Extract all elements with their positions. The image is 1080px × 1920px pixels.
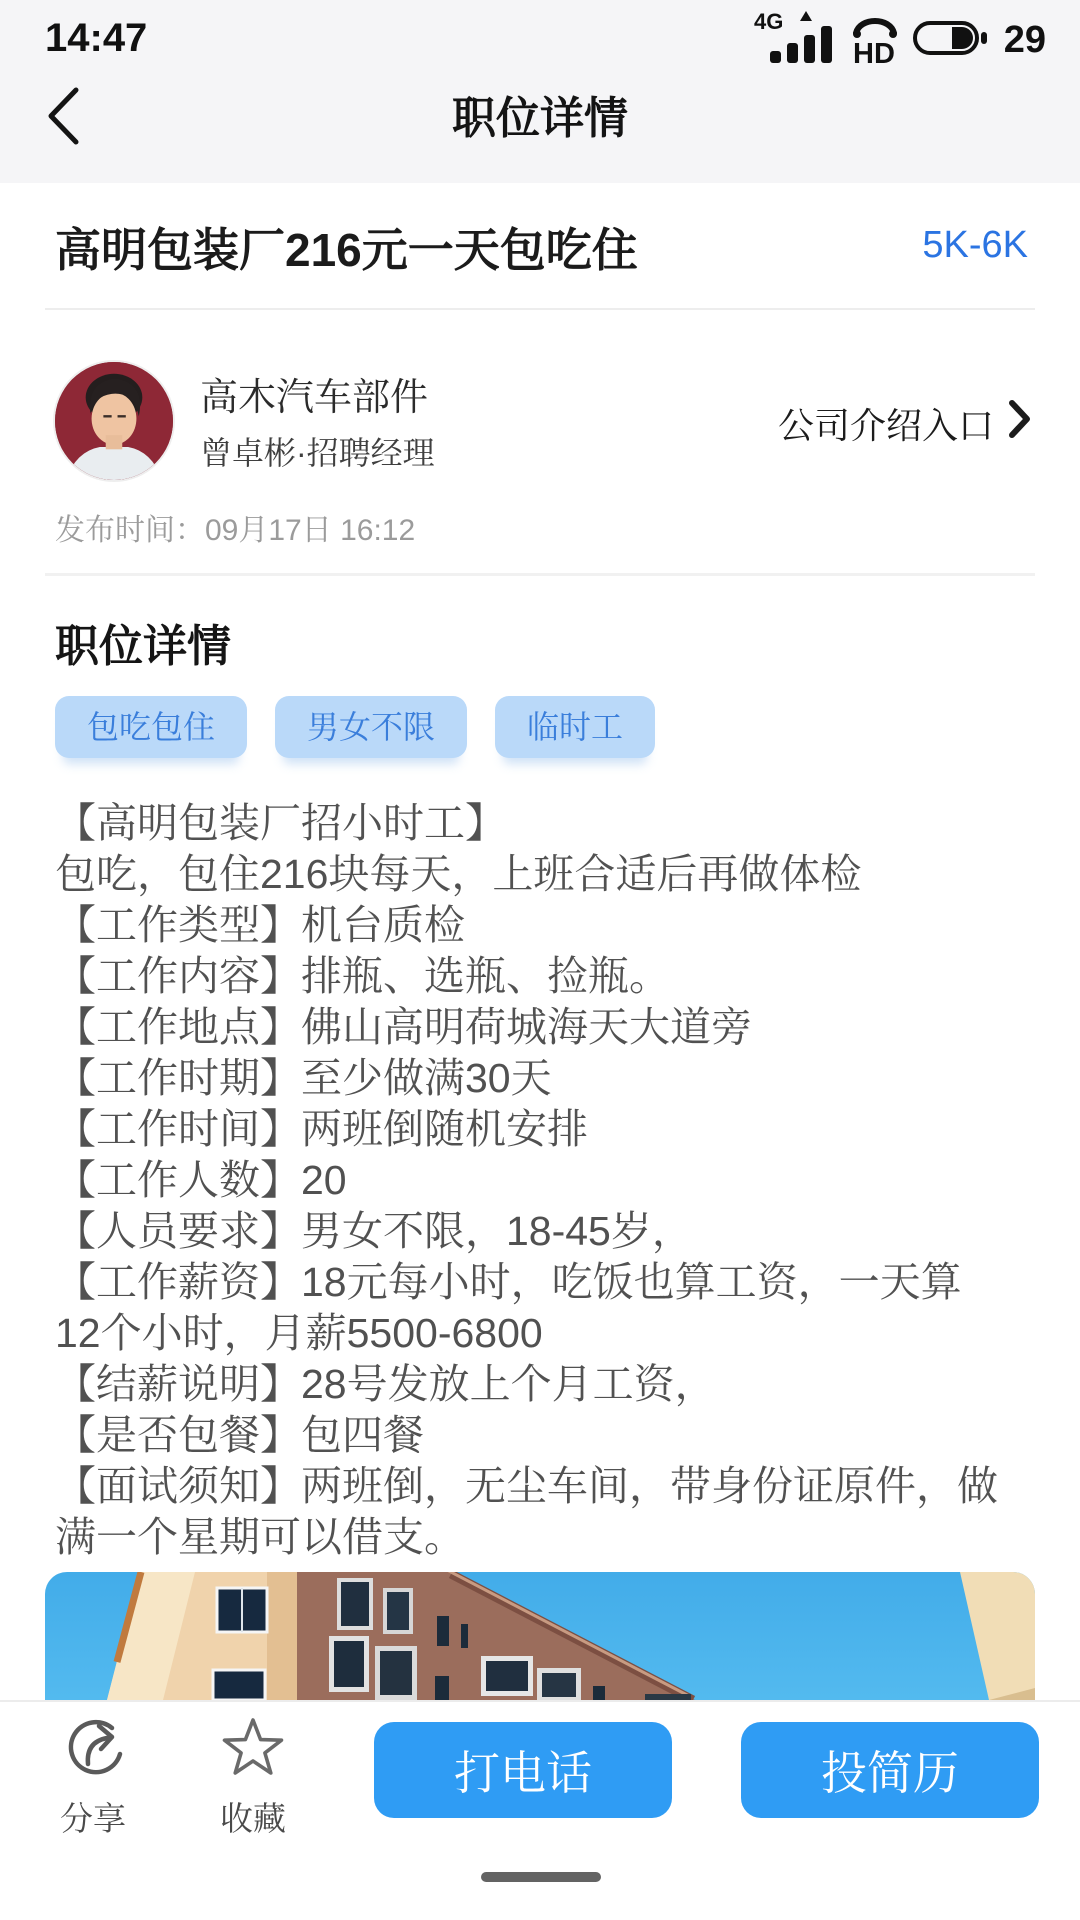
signal-4g-icon: 4G <box>754 9 838 72</box>
company-photo[interactable] <box>45 1572 1035 1700</box>
status-time: 14:47 <box>45 16 147 61</box>
description-line: 【工作类型】机台质检 <box>55 900 1045 951</box>
description-line: 满一个星期可以借支。 <box>55 1512 1045 1563</box>
company-intro-link[interactable]: 公司介绍入口 <box>778 398 1032 449</box>
hd-volte-icon: HD <box>850 9 900 72</box>
job-tag: 男女不限 <box>275 696 467 758</box>
company-intro-label: 公司介绍入口 <box>778 398 994 449</box>
publish-time: 发布时间：09月17日 16:12 <box>55 505 415 549</box>
description-line: 【工作人数】20 <box>55 1155 1045 1206</box>
battery-percent: 29 <box>1004 19 1046 62</box>
salary-range: 5K-6K <box>922 224 1028 267</box>
share-button[interactable]: 分享 <box>38 1716 148 1840</box>
call-button[interactable]: 打电话 <box>374 1722 672 1818</box>
favorite-label: 收藏 <box>220 1793 286 1840</box>
job-description: 【高明包装厂招小时工】包吃，包住216块每天，上班合适后再做体检【工作类型】机台… <box>55 798 1045 1563</box>
battery-icon <box>912 9 990 72</box>
description-line: 包吃，包住216块每天，上班合适后再做体检 <box>55 849 1045 900</box>
svg-text:HD: HD <box>853 38 895 67</box>
description-line: 【工作薪资】18元每小时，吃饭也算工资，一天算 <box>55 1257 1045 1308</box>
recruiter-name: 曾卓彬·招聘经理 <box>200 428 435 474</box>
recruiter-avatar <box>55 362 173 480</box>
description-line: 【工作地点】佛山高明荷城海天大道旁 <box>55 1002 1045 1053</box>
chevron-right-icon <box>1008 399 1032 448</box>
favorite-button[interactable]: 收藏 <box>198 1716 308 1840</box>
job-tag: 包吃包住 <box>55 696 247 758</box>
apply-resume-button[interactable]: 投简历 <box>741 1722 1039 1818</box>
job-tag: 临时工 <box>495 696 655 758</box>
top-bar: 14:47 4G HD <box>0 0 1080 183</box>
description-line: 【是否包餐】包四餐 <box>55 1410 1045 1461</box>
description-line: 【工作内容】排瓶、选瓶、捡瓶。 <box>55 951 1045 1002</box>
divider <box>45 573 1035 576</box>
job-detail-page: 14:47 4G HD <box>0 0 1080 1920</box>
description-line: 12个小时，月薪5500-6800 <box>55 1308 1045 1359</box>
description-line: 【工作时期】至少做满30天 <box>55 1053 1045 1104</box>
share-icon <box>60 1716 126 1785</box>
page-title: 职位详情 <box>0 82 1080 146</box>
company-name: 高木汽车部件 <box>200 366 428 421</box>
divider <box>45 308 1035 310</box>
svg-text:4G: 4G <box>754 9 783 34</box>
tag-list: 包吃包住男女不限临时工 <box>55 696 655 758</box>
description-line: 【结薪说明】28号发放上个月工资， <box>55 1359 1045 1410</box>
description-line: 【面试须知】两班倒，无尘车间，带身份证原件，做 <box>55 1461 1045 1512</box>
description-line: 【工作时间】两班倒随机安排 <box>55 1104 1045 1155</box>
section-title: 职位详情 <box>55 610 231 674</box>
share-label: 分享 <box>60 1793 126 1840</box>
star-icon <box>220 1716 286 1785</box>
home-indicator[interactable] <box>481 1872 601 1882</box>
description-line: 【人员要求】男女不限，18-45岁， <box>55 1206 1045 1257</box>
bottom-action-bar: 分享 收藏 打电话 投简历 <box>0 1700 1080 1920</box>
status-icons: 4G HD <box>754 10 1046 70</box>
description-line: 【高明包装厂招小时工】 <box>55 798 1045 849</box>
job-title: 高明包装厂216元一天包吃住 <box>55 214 638 280</box>
